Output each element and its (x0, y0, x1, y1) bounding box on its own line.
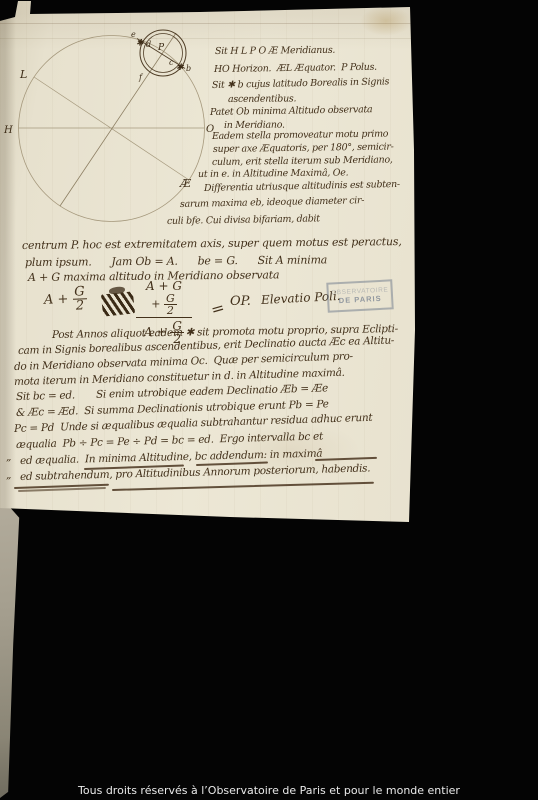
label-L: L (19, 68, 27, 81)
fraction-numerator: A + G + G2 (140, 279, 188, 317)
stamp-line-2: DE PARIS (339, 294, 382, 305)
scanned-manuscript-photo: ✱ ✱ L H O Æ P e d c b f Sit H L P O Æ Me… (0, 0, 538, 800)
copyright-caption: Tous droits réservés à l’Observatoire de… (0, 784, 538, 797)
label-c: c (169, 58, 174, 67)
label-d: d (146, 40, 151, 49)
manuscript-line: Sit H L P O Æ Meridianus. (215, 46, 335, 57)
plus-sign: + (151, 298, 160, 311)
manuscript-line: culi bfe. Cui divisa bifariam, dabit (167, 214, 320, 226)
underlying-page-edge (0, 490, 24, 798)
formula-result: OP. (230, 295, 251, 308)
manuscript-line: ut in e. in Altitudine Maximâ, Oe. (198, 168, 348, 179)
manuscript-line: super axe Æquatoris, per 180°, semicir- (213, 142, 394, 154)
label-P: P (157, 43, 165, 53)
label-e: e (131, 30, 136, 39)
strikeout-scribble (101, 291, 135, 316)
paper-stain (360, 6, 412, 36)
label-H: H (3, 125, 13, 136)
manuscript-line: plum ipsum. Jam Ob = A. be = G. Sit A mi… (25, 254, 327, 268)
formula-lhs: A + G2 (44, 285, 88, 313)
margin-quote-mark: „ (6, 470, 11, 481)
label-f: f (138, 73, 144, 82)
formula-term: A + G (146, 279, 182, 293)
observatoire-de-paris-stamp: OBSERVATOIRE DE PARIS (326, 279, 393, 312)
margin-quote-mark: „ (6, 452, 11, 463)
fraction-g-over-2: G2 (72, 285, 87, 312)
label-b: b (186, 64, 191, 73)
label-AE: Æ (179, 177, 192, 190)
manuscript-line: in Meridiano. (224, 121, 285, 131)
denominator: 2 (76, 299, 85, 312)
manuscript-line: culum, erit stella iterum sub Meridiano, (212, 155, 393, 167)
formula-term: A + (44, 292, 69, 308)
manuscript-line: ascendentibus. (228, 94, 296, 104)
manuscript-line: HO Horizon. ÆL Æquator. P Polus. (214, 63, 377, 75)
fraction-g-over-2: G2 (164, 293, 177, 316)
manuscript-line: Eadem stella promoveatur motu primo (212, 130, 388, 142)
polar-axis-line (60, 33, 176, 206)
denominator: 2 (167, 305, 174, 316)
